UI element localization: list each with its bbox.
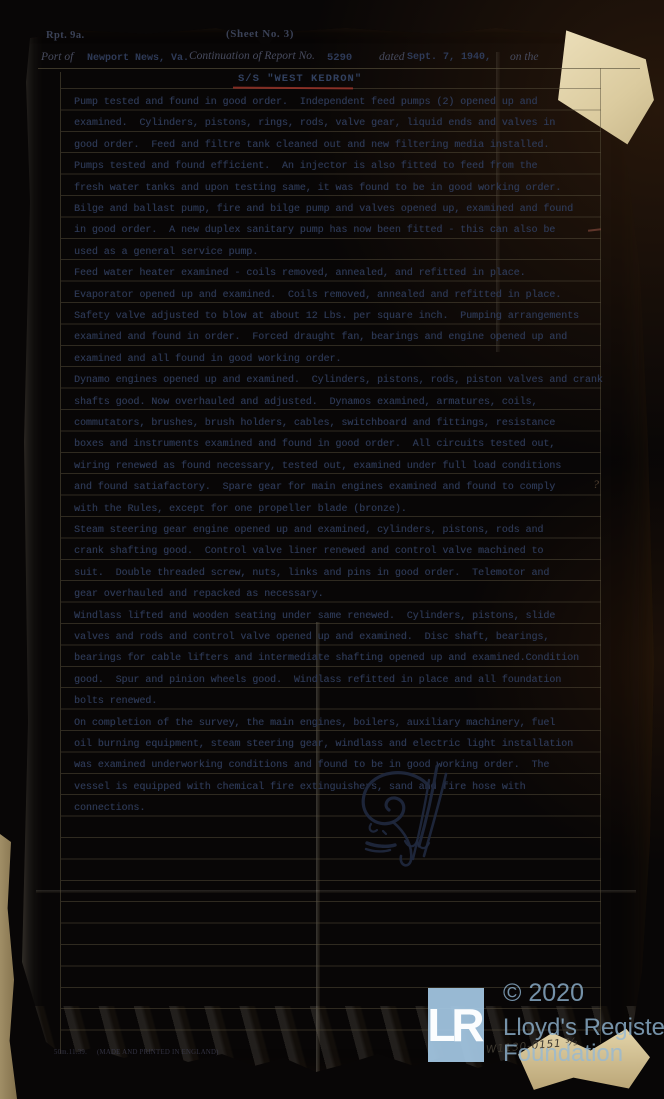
typed-line: Dynamo engines opened up and examined. C… bbox=[74, 370, 608, 391]
scanned-report-photo: Rpt. 9a. (Sheet No. 3) Port of Newport N… bbox=[0, 0, 664, 1099]
typed-line: Windlass lifted and wooden seating under… bbox=[74, 606, 608, 627]
typed-line: crank shafting good. Control valve liner… bbox=[74, 541, 608, 562]
typed-line: good order. Feed and filtre tank cleaned… bbox=[74, 135, 608, 156]
imprint-code: 50m.11.39. bbox=[54, 1049, 87, 1056]
port-of-value: Newport News, Va. bbox=[87, 53, 189, 64]
typed-line: Bilge and ballast pump, fire and bilge p… bbox=[74, 199, 608, 220]
typed-line: used as a general service pump. bbox=[74, 242, 608, 263]
typed-line: Pump tested and found in good order. Ind… bbox=[74, 92, 608, 113]
report-number-label: Rpt. 9a. bbox=[46, 30, 85, 41]
typed-line: oil burning equipment, steam steering ge… bbox=[74, 734, 608, 755]
typed-line: examined and found in order. Forced drau… bbox=[74, 327, 608, 348]
typed-line: connections. bbox=[74, 798, 608, 819]
typed-line: vessel is equipped with chemical fire ex… bbox=[74, 777, 608, 798]
typed-line: Feed water heater examined - coils remov… bbox=[74, 263, 608, 284]
typed-line: boxes and instruments examined and found… bbox=[74, 434, 608, 455]
continuation-label: Continuation of Report No. bbox=[189, 50, 315, 62]
typed-line: good. Spur and pinion wheels good. Windl… bbox=[74, 670, 608, 691]
typed-line: shafts good. Now overhauled and adjusted… bbox=[74, 392, 608, 413]
typed-line: wiring renewed as found necessary, teste… bbox=[74, 456, 608, 477]
typed-line: Evaporator opened up and examined. Coils… bbox=[74, 285, 608, 306]
typed-line: Safety valve adjusted to blow at about 1… bbox=[74, 306, 608, 327]
vessel-name-title: S/S "WEST KEDRON" bbox=[238, 73, 362, 85]
typed-line: examined. Cylinders, pistons, rings, rod… bbox=[74, 113, 608, 134]
continuation-report-number: 5290 bbox=[327, 52, 352, 64]
on-the-label: on the bbox=[510, 51, 538, 63]
surveyor-signature bbox=[349, 762, 461, 874]
header-rule-line bbox=[38, 68, 640, 69]
typed-line: Steam steering gear engine opened up and… bbox=[74, 520, 608, 541]
report-date: Sept. 7, 1940, bbox=[407, 52, 491, 63]
sheet-number-label: (Sheet No. 3) bbox=[226, 28, 294, 40]
typed-line: bearings for cable lifters and intermedi… bbox=[74, 648, 608, 669]
typed-line: valves and rods and control valve opened… bbox=[74, 627, 608, 648]
port-of-label: Port of bbox=[41, 51, 73, 63]
typed-line: fresh water tanks and upon testing same,… bbox=[74, 178, 608, 199]
typed-line: examined and all found in good working o… bbox=[74, 349, 608, 370]
typed-text-block: Pump tested and found in good order. Ind… bbox=[74, 92, 608, 832]
margin-pencil-question: ? bbox=[593, 477, 599, 492]
typed-line: suit. Double threaded screw, nuts, links… bbox=[74, 563, 608, 584]
typed-line: Pumps tested and found efficient. An inj… bbox=[74, 156, 608, 177]
page-content: Rpt. 9a. (Sheet No. 3) Port of Newport N… bbox=[0, 0, 664, 1099]
typed-line: gear overhauled and repacked as necessar… bbox=[74, 584, 608, 605]
dated-label: dated bbox=[379, 51, 405, 63]
imprint-note: (MADE AND PRINTED IN ENGLAND) bbox=[97, 1049, 219, 1056]
typed-line: with the Rules, except for one propeller… bbox=[74, 499, 608, 520]
printer-imprint: 50m.11.39.(MADE AND PRINTED IN ENGLAND) bbox=[54, 1049, 219, 1056]
typed-line: commutators, brushes, brush holders, cab… bbox=[74, 413, 608, 434]
typed-line: in good order. A new duplex sanitary pum… bbox=[74, 220, 608, 241]
typed-line: and found satiafactory. Spare gear for m… bbox=[74, 477, 608, 498]
typed-line: was examined underworking conditions and… bbox=[74, 755, 608, 776]
typed-line: bolts renewed. bbox=[74, 691, 608, 712]
typed-line: On completion of the survey, the main en… bbox=[74, 713, 608, 734]
